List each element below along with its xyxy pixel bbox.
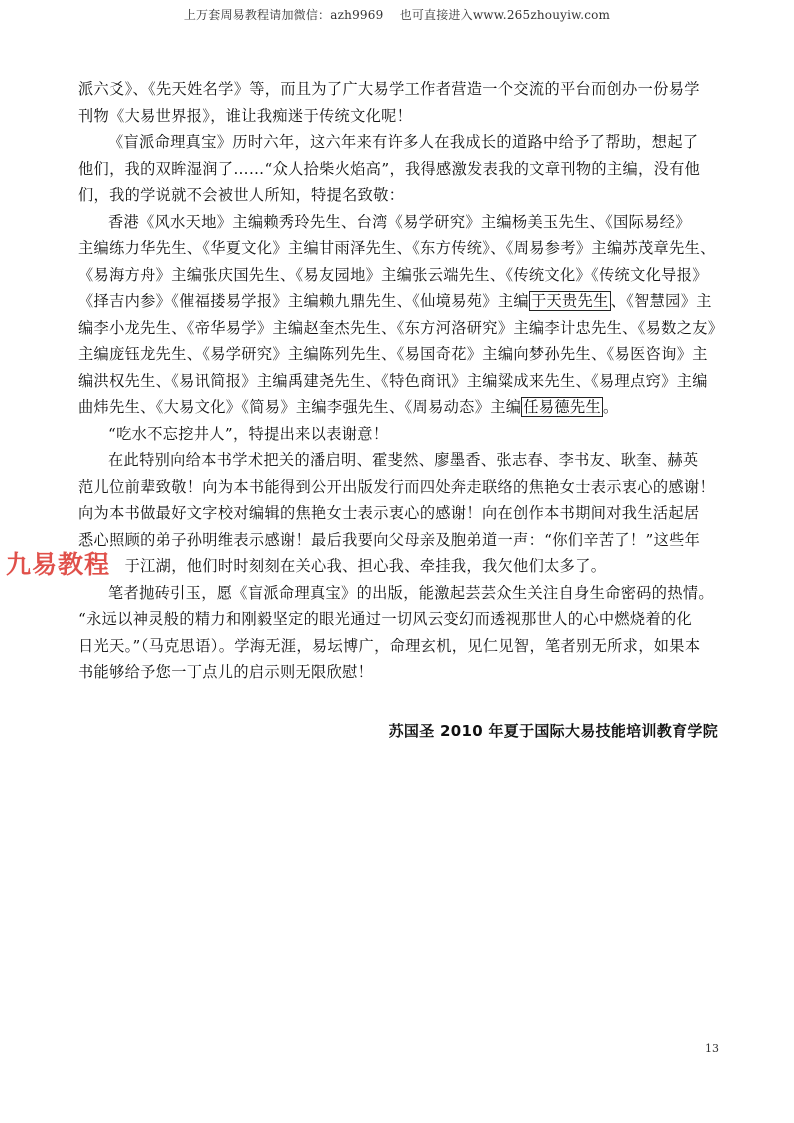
text-line: 主编练力华先生、《华夏文化》主编甘雨泽先生、《东方传统》、《周易参考》主编苏茂章…	[78, 235, 720, 262]
text-line: 编李小龙先生、《帝华易学》主编赵奎杰先生、《东方河洛研究》主编李计忠先生、《易数…	[78, 315, 720, 342]
text-segment: 、《智慧园》主	[611, 292, 712, 310]
text-line: 刊物《大易世界报》，谁让我痴迷于传统文化呢！	[78, 103, 720, 130]
text-line: 范儿位前辈致敬！向为本书能得到公开出版发行而四处奔走联络的焦艳女士表示衷心的感谢…	[78, 474, 720, 501]
watermark: 九易教程	[6, 545, 110, 581]
text-segment: 《择吉内参》《催福搂易学报》主编赖九鼎先生、《仙境易苑》主编	[78, 292, 529, 310]
text-segment: 。	[603, 398, 619, 416]
text-line: 《易海方舟》主编张庆国先生、《易友园地》主编张云端先生、《传统文化》《传统文化导…	[78, 262, 720, 289]
text-line: “吃水不忘挖井人”，特提出来以表谢意！	[78, 421, 720, 448]
text-line: 香港《风水天地》主编赖秀玲先生、台湾《易学研究》主编杨美玉先生、《国际易经》	[78, 209, 720, 236]
text-line: 曲炜先生、《大易文化》《简易》主编李强先生、《周易动态》主编任易德先生。	[78, 394, 720, 421]
text-line: 编洪权先生、《易讯简报》主编禹建尧先生、《特色商讯》主编粱成来先生、《易理点窍》…	[78, 368, 720, 395]
text-segment: 曲炜先生、《大易文化》《简易》主编李强先生、《周易动态》主编	[78, 398, 521, 416]
boxed-name: 任易德先生	[521, 397, 603, 417]
text-line: 《择吉内参》《催福搂易学报》主编赖九鼎先生、《仙境易苑》主编于天贵先生、《智慧园…	[78, 288, 720, 315]
header-banner: 上万套周易教程请加微信：azh9969 也可直接进入www.265zhouyiw…	[0, 6, 794, 23]
text-line: 书能够给予您一丁点儿的启示则无限欣慰！	[78, 659, 720, 686]
signature: 苏国圣 2010 年夏于国际大易技能培训教育学院	[389, 720, 718, 741]
page-number: 13	[705, 1042, 719, 1055]
boxed-name: 于天贵先生	[529, 291, 611, 311]
text-line: 日光天。”（马克思语）。学海无涯，易坛博广，命理玄机，见仁见智，笔者别无所求，如…	[78, 633, 720, 660]
text-line: 于江湖，他们时时刻刻在关心我、担心我、牵挂我，我欠他们太多了。	[78, 553, 720, 580]
text-line: 主编庞钰龙先生、《易学研究》主编陈列先生、《易国奇花》主编向梦孙先生、《易医咨询…	[78, 341, 720, 368]
text-line: 《盲派命理真宝》历时六年，这六年来有许多人在我成长的道路中给予了帮助，想起了	[78, 129, 720, 156]
text-line: 们，我的学说就不会被世人所知，特提名致敬：	[78, 182, 720, 209]
text-line: 笔者抛砖引玉，愿《盲派命理真宝》的出版，能激起芸芸众生关注自身生命密码的热情。	[78, 580, 720, 607]
text-line: 在此特别向给本书学术把关的潘启明、霍斐然、廖墨香、张志春、李书友、耿奎、赫英	[78, 447, 720, 474]
text-line: 派六爻》、《先天姓名学》等，而且为了广大易学工作者营造一个交流的平台而创办一份易…	[78, 76, 720, 103]
text-line: 向为本书做最好文字校对编辑的焦艳女士表示衷心的感谢！向在创作本书期间对我生活起居	[78, 500, 720, 527]
text-line: “永远以神灵般的精力和刚毅坚定的眼光通过一切风云变幻而透视那世人的心中燃烧着的化	[78, 606, 720, 633]
body-text: 派六爻》、《先天姓名学》等，而且为了广大易学工作者营造一个交流的平台而创办一份易…	[78, 76, 720, 686]
text-line: 悉心照顾的弟子孙明维表示感谢！最后我要向父母亲及胞弟道一声：“你们辛苦了！”这些…	[78, 527, 720, 554]
text-line: 他们，我的双眸湿润了……“众人拾柴火焰高”，我得感激发表我的文章刊物的主编，没有…	[78, 156, 720, 183]
